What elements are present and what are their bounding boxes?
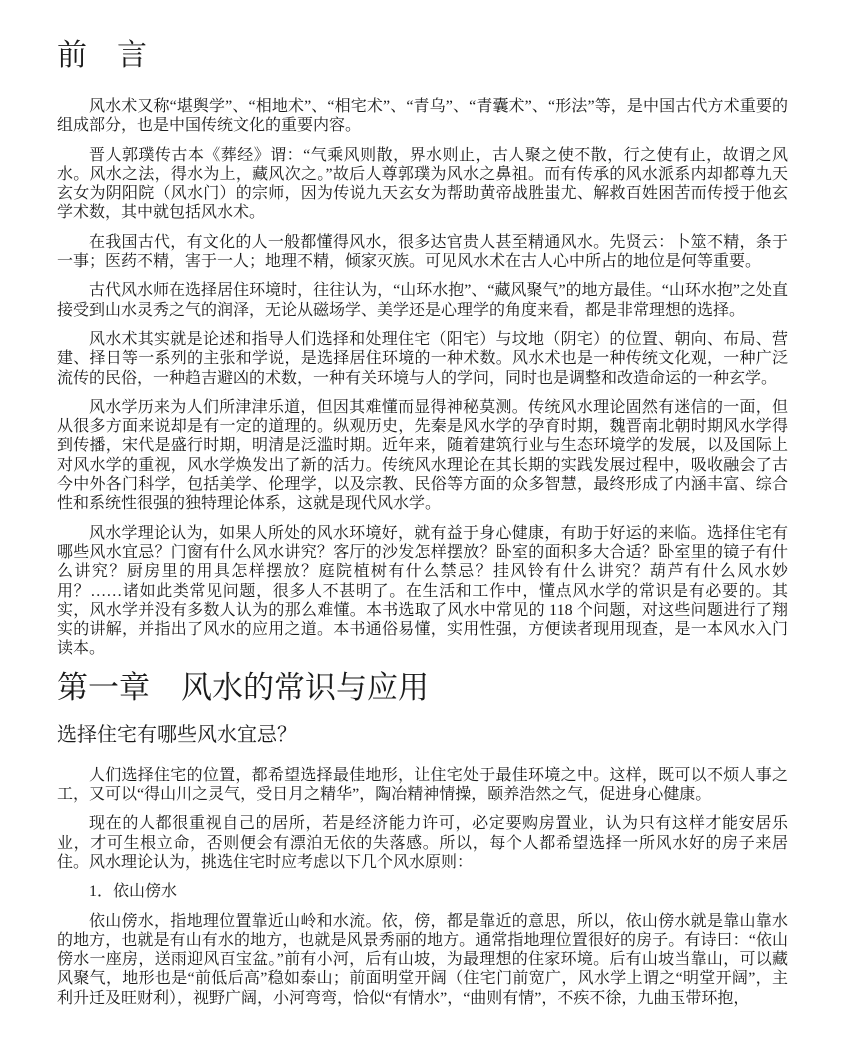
preface-paragraph-3: 在我国古代，有文化的人一般都懂得风水，很多达官贵人甚至精通风水。先贤云：卜筮不精… (57, 233, 788, 272)
preface-title: 前 言 (57, 38, 788, 74)
section-paragraph-1: 人们选择住宅的位置，都希望选择最佳地形，让住宅处于最佳环境之中。这样，既可以不烦… (57, 766, 788, 805)
chapter-heading: 第一章 风水的常识与应用 (57, 669, 788, 707)
section-heading: 选择住宅有哪些风水宜忌？ (57, 723, 788, 748)
preface-paragraph-1: 风水术又称“堪舆学”、“相地术”、“相宅术”、“青乌”、“青囊术”、“形法”等，… (57, 97, 788, 136)
section-paragraph-2: 现在的人都很重视自己的居所，若是经济能力许可，必定要购房置业，认为只有这样才能安… (57, 814, 788, 872)
preface-paragraph-7: 风水学理论认为，如果人所处的风水环境好，就有益于身心健康，有助于好运的来临。选择… (57, 524, 788, 659)
preface-paragraph-2: 晋人郭璞传古本《葬经》谓：“气乘风则散，界水则止，古人聚之使不散，行之使有止，故… (57, 146, 788, 223)
numbered-item-heading: 1．依山傍水 (57, 882, 788, 901)
numbered-item-paragraph-1: 依山傍水，指地理位置靠近山岭和水流。依，傍，都是靠近的意思，所以，依山傍水就是靠… (57, 912, 788, 1008)
preface-paragraph-4: 古代风水师在选择居住环境时，往往认为，“山环水抱”、“藏风聚气”的地方最佳。“山… (57, 281, 788, 320)
document-page: 前 言 风水术又称“堪舆学”、“相地术”、“相宅术”、“青乌”、“青囊术”、“形… (0, 0, 844, 1060)
preface-paragraph-6: 风水学历来为人们所津津乐道，但因其难懂而显得神秘莫测。传统风水理论固然有迷信的一… (57, 398, 788, 514)
page-content: 前 言 风水术又称“堪舆学”、“相地术”、“相宅术”、“青乌”、“青囊术”、“形… (0, 0, 844, 1008)
preface-paragraph-5: 风水术其实就是论述和指导人们选择和处理住宅（阳宅）与坟地（阴宅）的位置、朝向、布… (57, 330, 788, 388)
